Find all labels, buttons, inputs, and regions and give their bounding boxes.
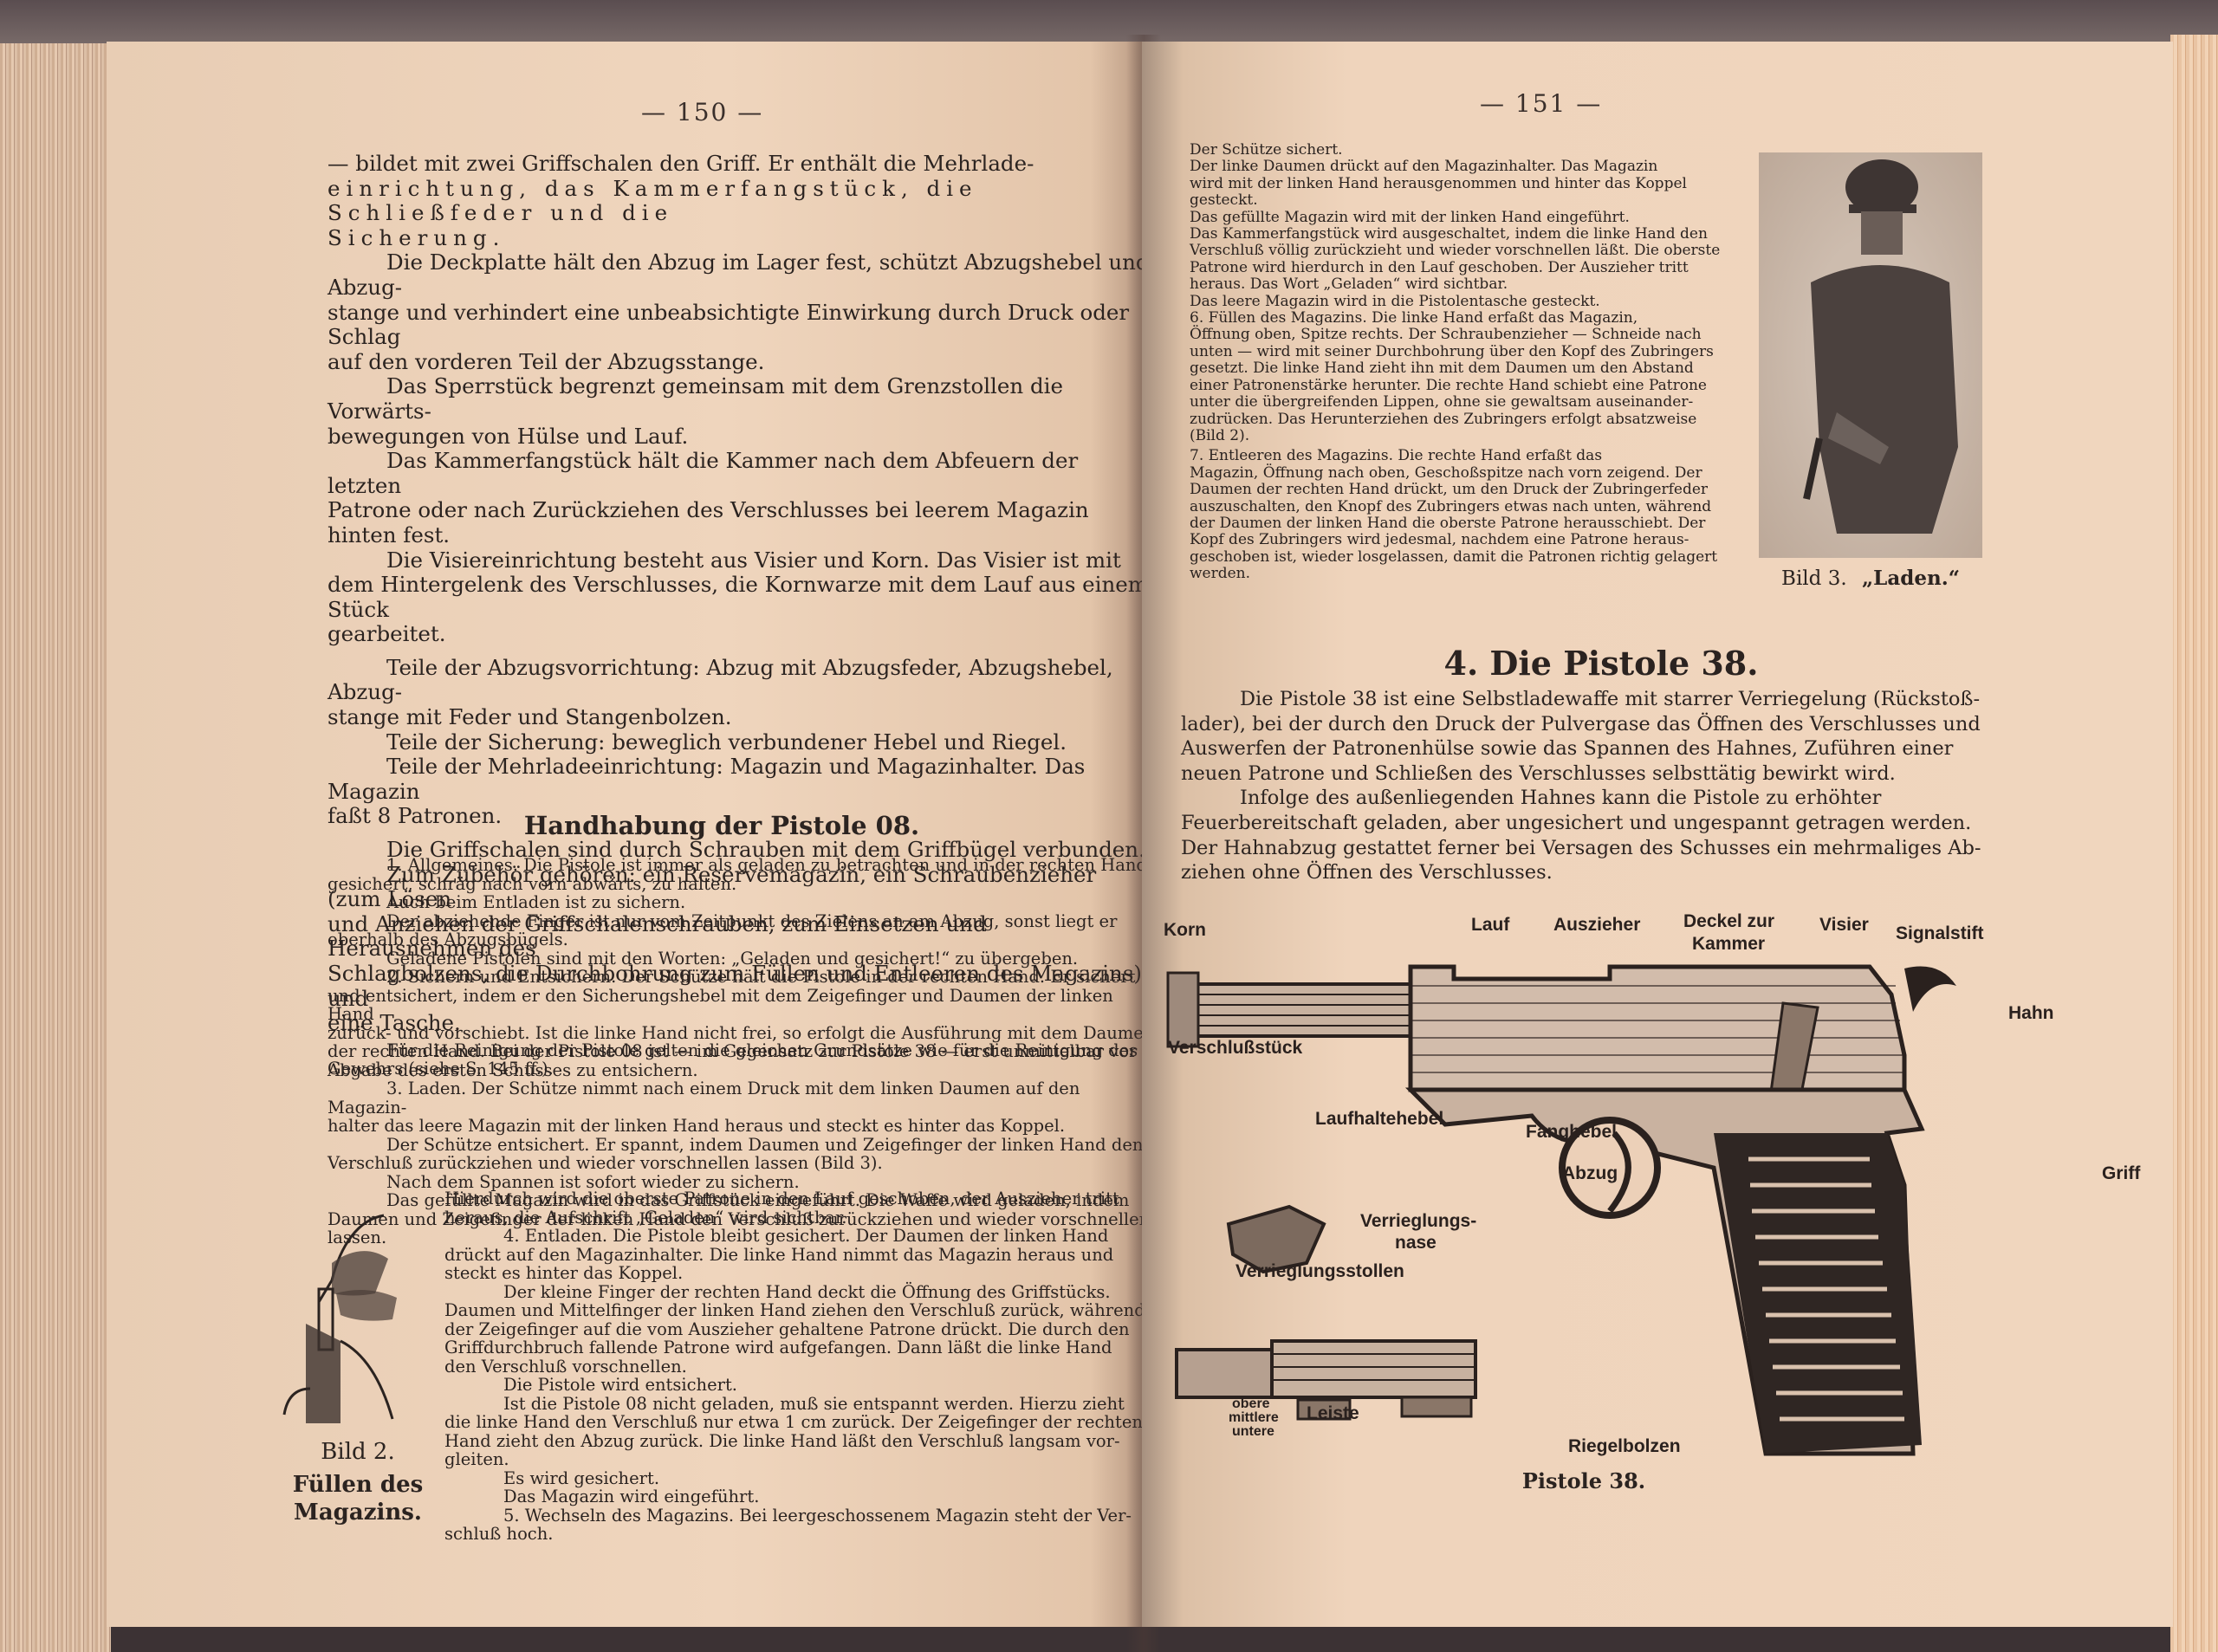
section-heading-pistole-08: Handhabung der Pistole 08. (366, 811, 1077, 840)
label-auszieher: Auszieher (1553, 915, 1640, 936)
text-line: dem Hintergelenk des Verschlusses, die K… (328, 573, 1151, 622)
text-line: Die Pistole wird entsichert. (444, 1376, 1164, 1395)
page-number-150: — 150 — (641, 98, 763, 126)
text-line: Das Magazin wird eingeführt. (444, 1487, 1164, 1506)
figure-2-caption: Bild 2. Füllen des Magazins. (289, 1438, 427, 1526)
text-line: 4. Entladen. Die Pistole bleibt gesicher… (444, 1227, 1164, 1246)
text-line: gesteckt. (1190, 192, 1779, 209)
label-verriegelungsnase: Verrieglungs- (1360, 1211, 1476, 1232)
left-page: — 150 — — bildet mit zwei Griffschalen d… (107, 42, 1142, 1627)
pistol-38-diagram (1159, 925, 2060, 1471)
text-line: einrichtung, das Kammerfangstück, die Sc… (328, 177, 1151, 226)
label-griff: Griff (2102, 1163, 2140, 1184)
right-page: — 151 — Der Schütze sichert. Der linke D… (1142, 42, 2173, 1627)
text-line: Daumen der rechten Hand drückt, um den D… (1190, 482, 1779, 498)
text-line: ziehen ohne Öffnen des Verschlusses. (1181, 860, 2099, 885)
text-line: Der Hahnabzug gestattet ferner bei Versa… (1181, 836, 2099, 861)
section-heading-pistole-38: 4. Die Pistole 38. (1177, 644, 2026, 683)
label-deckel-zur: Deckel zur (1683, 911, 1774, 932)
text-line: Feuerbereitschaft geladen, aber ungesich… (1181, 811, 2099, 836)
text-line: Hand zieht den Abzug zurück. Die linke H… (444, 1432, 1164, 1451)
text-line: auszuschalten, den Knopf des Zubringers … (1190, 499, 1779, 515)
label-signalstift: Signalstift (1896, 923, 1984, 944)
text-line: neuen Patrone und Schließen des Verschlu… (1181, 761, 2099, 787)
text-line: gesichert, schräg nach vorn abwärts, zu … (328, 875, 1159, 894)
text-line: Teile der Sicherung: beweglich verbunden… (328, 730, 1151, 755)
text-line: geschoben ist, wieder losgelassen, damit… (1190, 549, 1779, 566)
text-line: 1. Allgemeines. Die Pistole ist immer al… (328, 856, 1159, 875)
text-line: stange mit Feder und Stangenbolzen. (328, 705, 1151, 730)
right-page-edges (2170, 35, 2218, 1652)
open-book: — 150 — — bildet mit zwei Griffschalen d… (0, 0, 2218, 1652)
text-line: gesetzt. Die linke Hand zieht ihn mit de… (1190, 360, 1779, 377)
magazine-filling-illustration (280, 1211, 440, 1428)
figure-caption: „Laden.“ (1862, 567, 1960, 590)
figure-3-caption: Bild 3. „Laden.“ (1759, 565, 1982, 593)
text-line: den Verschluß vorschnellen. (444, 1357, 1164, 1377)
text-line: drückt auf den Magazinhalter. Die linke … (444, 1246, 1164, 1265)
text-line: Geladene Pistolen sind mit den Worten: „… (328, 949, 1159, 969)
text-line: einer Patronenstärke herunter. Die recht… (1190, 378, 1779, 394)
text-line: oberhalb des Abzugsbügels. (328, 930, 1159, 949)
text-line: Der kleine Finger der rechten Hand deckt… (444, 1283, 1164, 1302)
label-lauf: Lauf (1471, 915, 1509, 936)
right-body-text: Die Pistole 38 ist eine Selbstladewaffe … (1181, 687, 2099, 885)
left-wrapped-text: Hierdurch wird die oberste Patrone in de… (444, 1189, 1164, 1544)
text-line: zudrücken. Das Herunterziehen des Zubrin… (1190, 411, 1779, 428)
page-number-151: — 151 — (1480, 89, 1602, 118)
text-line: Das Sperrstück begrenzt gemeinsam mit de… (328, 374, 1151, 424)
text-line: heraus, die Aufschrift „Geladen“ wird si… (444, 1208, 1164, 1228)
text-line: Teile der Abzugsvorrichtung: Abzug mit A… (328, 656, 1151, 705)
text-line: 2. Sichern und Entsichern. Der Schütze h… (328, 968, 1159, 987)
text-line: Der Schütze entsichert. Er spannt, indem… (328, 1136, 1159, 1155)
text-line: werden. (1190, 566, 1779, 582)
text-line: Infolge des außenliegenden Hahnes kann d… (1181, 786, 2099, 811)
text-line: Der linke Daumen drückt auf den Magazinh… (1190, 159, 1779, 175)
figure-caption-line: Magazins. (289, 1499, 427, 1526)
text-line: Auswerfen der Patronenhülse sowie das Sp… (1181, 736, 2099, 761)
label-kammer: Kammer (1692, 934, 1765, 955)
text-line: schluß hoch. (444, 1525, 1164, 1544)
label-riegelbolzen: Riegelbolzen (1568, 1436, 1681, 1457)
soldier-loading-photo (1759, 152, 1982, 558)
text-line: heraus. Das Wort „Geladen“ wird sichtbar… (1190, 276, 1779, 293)
diagram-caption: Pistole 38. (1471, 1467, 1696, 1495)
text-line: gleiten. (444, 1450, 1164, 1469)
label-leiste: Leiste (1307, 1403, 1359, 1424)
text-line: Kopf des Zubringers wird jedesmal, nachd… (1190, 532, 1779, 548)
text-line: — bildet mit zwei Griffschalen den Griff… (328, 152, 1151, 177)
text-line: die linke Hand den Verschluß nur etwa 1 … (444, 1413, 1164, 1432)
text-line: Das Kammerfangstück wird ausgeschaltet, … (1190, 226, 1779, 243)
text-line: stange und verhindert eine unbeabsichtig… (328, 301, 1151, 350)
figure-label: Bild 3. (1781, 567, 1847, 590)
text-line: Teile der Mehrladeeinrichtung: Magazin u… (328, 755, 1151, 804)
text-line: 6. Füllen des Magazins. Die linke Hand e… (1190, 310, 1779, 327)
text-line: (Bild 2). (1190, 428, 1779, 444)
text-line: Die Pistole 38 ist eine Selbstladewaffe … (1181, 687, 2099, 712)
text-line: Das Kammerfangstück hält die Kammer nach… (328, 449, 1151, 498)
text-line: Das leere Magazin wird in die Pistolenta… (1190, 294, 1779, 310)
text-line: zurück- und vorschiebt. Ist die linke Ha… (328, 1024, 1159, 1043)
text-line: lader), bei der durch den Druck der Pulv… (1181, 712, 2099, 737)
text-line: bewegungen von Hülse und Lauf. (328, 424, 1151, 450)
background-shadow (0, 0, 2218, 48)
text-line: Der abziehende Finger ist nur vom Zeitpu… (328, 912, 1159, 931)
text-line: der rechten Hand. Bei der Pistole 08 ist… (328, 1042, 1159, 1061)
figure-label: Bild 2. (289, 1438, 427, 1466)
text-line: 3. Laden. Der Schütze nimmt nach einem D… (328, 1079, 1159, 1117)
text-line: wird mit der linken Hand herausgenommen … (1190, 176, 1779, 192)
label-nase: nase (1395, 1233, 1437, 1254)
right-top-text: Der Schütze sichert. Der linke Daumen dr… (1190, 142, 1779, 583)
text-line: Ist die Pistole 08 nicht geladen, muß si… (444, 1395, 1164, 1414)
text-line: Sicherung. (328, 226, 1151, 251)
text-line: Öffnung oben, Spitze rechts. Der Schraub… (1190, 327, 1779, 343)
text-line: unter die übergreifenden Lippen, ohne si… (1190, 394, 1779, 411)
text-line: und entsichert, indem er den Sicherungsh… (328, 987, 1159, 1024)
label-hahn: Hahn (2008, 1003, 2054, 1024)
text-line: Das gefüllte Magazin wird mit der linken… (1190, 210, 1779, 226)
soldier-photo-image (1759, 152, 1982, 558)
text-line: Patrone oder nach Zurückziehen des Versc… (328, 498, 1151, 547)
text-line: Verschluß zurückziehen und wieder vorsch… (328, 1154, 1159, 1173)
text-line: 5. Wechseln des Magazins. Bei leergescho… (444, 1506, 1164, 1526)
text-line: unten — wird mit seiner Durchbohrung übe… (1190, 344, 1779, 360)
label-visier: Visier (1819, 915, 1869, 936)
text-line: Griffdurchbruch fallende Patrone wird au… (444, 1338, 1164, 1357)
text-line: steckt es hinter das Koppel. (444, 1264, 1164, 1283)
text-line: Verschluß völlig zurückzieht und wieder … (1190, 243, 1779, 259)
text-line: auf den vorderen Teil der Abzugsstange. (328, 350, 1151, 375)
text-line: Patrone wird hierdurch in den Lauf gesch… (1190, 260, 1779, 276)
label-laufhaltehebel: Laufhaltehebel (1315, 1109, 1443, 1130)
text-line: Der Schütze sichert. (1190, 142, 1779, 159)
label-untere: untere (1232, 1424, 1274, 1440)
text-line: Hierdurch wird die oberste Patrone in de… (444, 1189, 1164, 1208)
label-verriegelungsstollen: Verrieglungsstollen (1235, 1261, 1404, 1282)
label-fanghebel: Fanghebel (1526, 1122, 1617, 1143)
text-line: gearbeitet. (328, 622, 1151, 647)
text-line: Die Deckplatte hält den Abzug im Lager f… (328, 250, 1151, 300)
figure-caption-line: Füllen des (289, 1471, 427, 1499)
label-abzug: Abzug (1562, 1163, 1618, 1184)
text-line: Magazin, Öffnung nach oben, Geschoßspitz… (1190, 465, 1779, 482)
text-line: Auch beim Entladen ist zu sichern. (328, 893, 1159, 912)
label-korn: Korn (1164, 920, 1206, 941)
text-line: der Daumen der linken Hand die oberste P… (1190, 515, 1779, 532)
text-line: 7. Entleeren des Magazins. Die rechte Ha… (1190, 448, 1779, 464)
text-line: Daumen und Mittelfinger der linken Hand … (444, 1301, 1164, 1320)
text-line: Es wird gesichert. (444, 1469, 1164, 1488)
text-line: der Zeigefinger auf die vom Auszieher ge… (444, 1320, 1164, 1339)
text-line: halter das leere Magazin mit der linken … (328, 1117, 1159, 1136)
left-page-edges (0, 43, 111, 1652)
label-verschlussstueck: Verschlußstück (1168, 1038, 1302, 1059)
text-line: Abgabe des ersten Schusses zu entsichern… (328, 1061, 1159, 1080)
text-line: Die Visiereinrichtung besteht aus Visier… (328, 548, 1151, 573)
